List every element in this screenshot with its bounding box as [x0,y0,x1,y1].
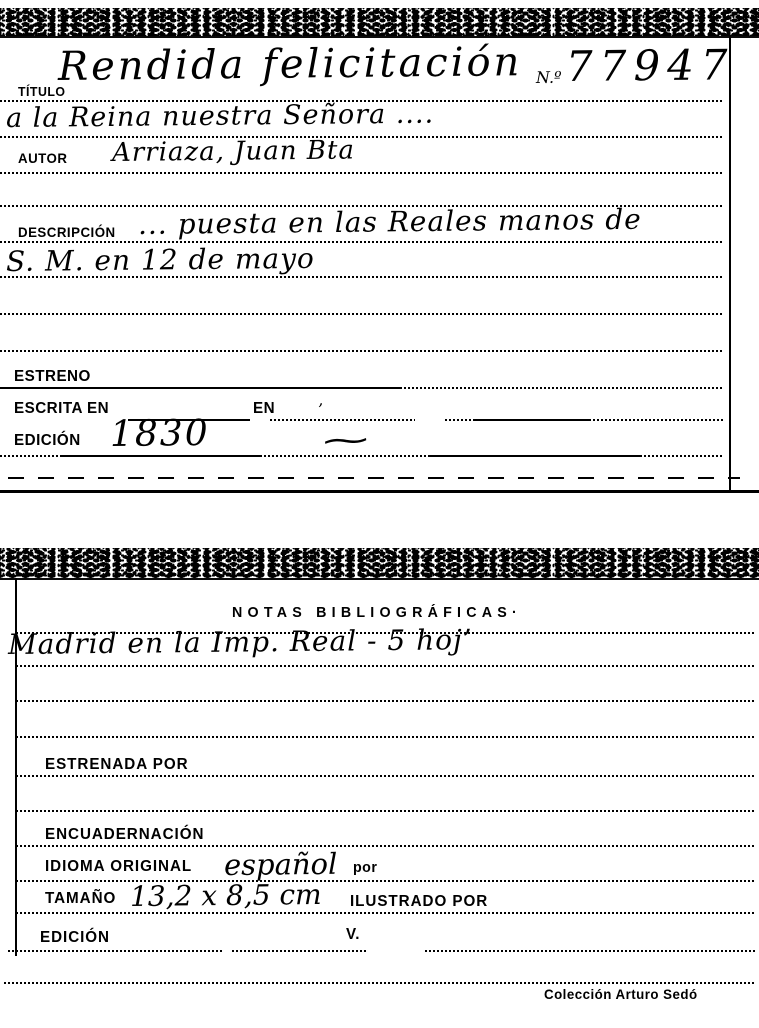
idioma-original-label: IDIOMA ORIGINAL [45,858,192,876]
escrita-en-label: ESCRITA EN [14,400,109,418]
autor-label: AUTOR [18,150,67,166]
tamano-handwritten: 13,2 x 8,5 cm [130,878,322,913]
torn-edge-band-middle [0,548,759,580]
ruled-line [232,950,368,952]
edicion-label: EDICIÓN [14,432,81,450]
idioma-handwritten: español [224,847,338,882]
descripcion-line2-handwritten: S. M. en 12 de mayo [6,242,315,278]
ruled-line [0,387,400,389]
ruled-line [16,775,755,777]
tamano-label: TAMAÑO [45,890,116,908]
ruled-line [475,419,590,421]
collection-stamp: Colección Arturo Sedó [544,986,698,1002]
ruled-line [8,950,222,952]
ruled-line [16,665,755,667]
ruled-line [0,241,723,243]
numero-handwritten: 77947 [566,40,735,91]
ruled-line [60,455,260,457]
apostrophe-mark: ’ [318,400,323,419]
ruled-line [270,419,415,421]
v-mark: V. [346,926,360,944]
footer-line [4,982,755,984]
por-label: por [353,859,377,876]
ruled-line [16,845,755,847]
ruled-line [0,172,723,174]
encuadernacion-label: ENCUADERNACIÓN [45,826,204,844]
autor-handwritten: Arriaza, Juan Bta [112,135,355,168]
ruled-line [425,950,755,952]
titulo-line2-handwritten: a la Reina nuestra Señora .... [6,99,434,134]
catalog-card-scan: TÍTULO AUTOR DESCRIPCIÓN ESTRENO ESCRITA… [0,0,759,1028]
estrenada-por-label: ESTRENADA POR [45,756,189,774]
numero-label-handwritten: N.º [536,68,562,87]
squiggle-mark: ~ [316,423,375,459]
card1-dashed-line [8,477,740,479]
ruled-line [16,736,755,738]
ruled-line [0,313,723,315]
notas-handwritten: Madrid en la Imp. Real - 5 hoj’ [8,623,473,661]
torn-edge-band-top [0,8,759,38]
card1-bottom-edge [0,490,759,493]
ruled-line [16,810,755,812]
descripcion-label: DESCRIPCIÓN [18,224,116,240]
edicion-year-handwritten: 1830 [110,413,210,455]
ruled-line [430,455,640,457]
estreno-label: ESTRENO [14,368,91,386]
en-label: EN [253,400,275,418]
ruled-line [16,700,755,702]
titulo-handwritten: Rendida felicitación [58,39,523,90]
ruled-line [0,136,723,138]
ruled-line [16,912,755,914]
ilustrado-por-label: ILUSTRADO POR [350,893,488,911]
ruled-line [0,350,723,352]
ruled-line [16,880,755,882]
edicion2-label: EDICIÓN [40,929,110,947]
notas-header: NOTAS BIBLIOGRÁFICAS· [232,604,522,621]
card1-right-border [729,36,731,492]
descripcion-handwritten: ... puesta en las Reales manos de [138,203,642,241]
